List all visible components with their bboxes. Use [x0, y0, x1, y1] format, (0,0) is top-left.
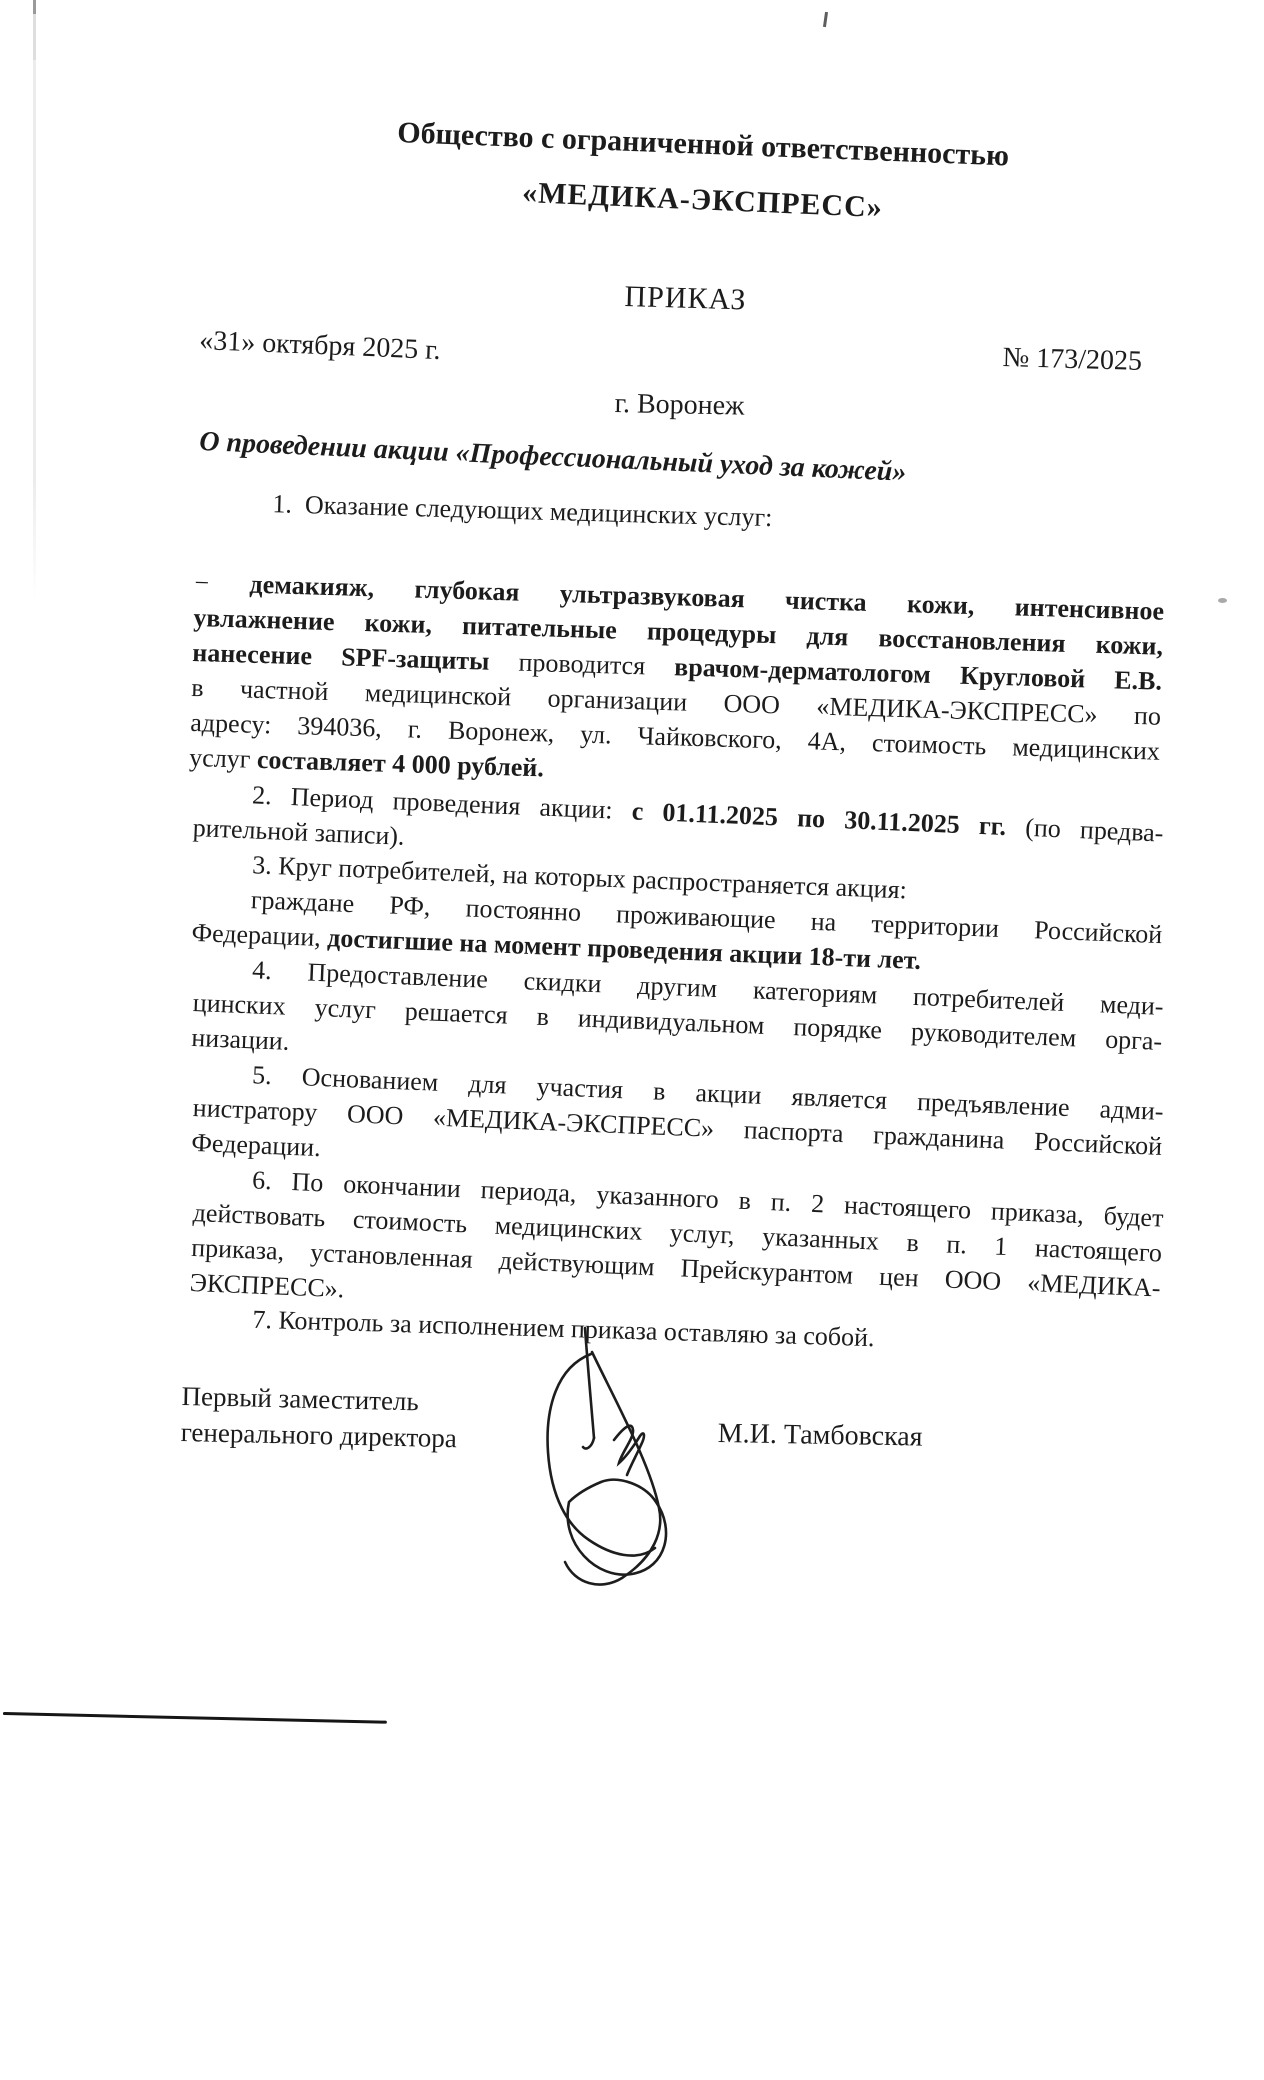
signer-position: Первый заместитель генерального директор… — [180, 1378, 458, 1456]
organization-name-line2: «МЕДИКА-ЭКСПРЕСС» — [522, 176, 884, 225]
body-paragraphs: 1. Оказание следующих медицинских услуг:… — [195, 484, 1165, 1335]
signature-stroke — [548, 1354, 655, 1556]
handwritten-signature — [505, 1312, 795, 1632]
text-segment: − — [194, 568, 250, 599]
scan-speck — [1218, 598, 1227, 603]
bottom-margin-line — [3, 1712, 387, 1724]
document-date: «31» октября 2025 г. — [199, 325, 442, 367]
document-subject: О проведении акции «Профессиональный ухо… — [199, 426, 907, 489]
document-type-title: ПРИКАЗ — [624, 280, 747, 317]
item-1-services: − демакияж, глубокая ультразвуковая чист… — [189, 565, 1165, 804]
text-segment: проводится — [518, 648, 675, 682]
bold-text-segment: составляет 4 000 рублей. — [257, 745, 545, 783]
organization-name-line1: Общество с ограниченной ответственностью — [397, 116, 1010, 173]
signature-stroke — [585, 1328, 594, 1438]
scanned-order-document: Общество с ограниченной ответственностью… — [0, 0, 1264, 2080]
scan-speck — [823, 12, 828, 27]
text-segment: (по предва- — [1006, 812, 1165, 848]
text-line: 1. Оказание следующих медицинских услуг: — [194, 484, 1165, 546]
text-segment: Федерации, — [191, 918, 328, 952]
signature-stroke — [614, 1426, 644, 1475]
signer-name: М.И. Тамбовская — [717, 1418, 922, 1454]
paper-edge-artifact — [33, 0, 36, 600]
text-segment: услуг — [189, 743, 258, 774]
document-number: № 173/2025 — [1002, 342, 1142, 378]
text-segment: 1. Оказание следующих медицинских услуг: — [272, 489, 773, 532]
item-1: 1. Оказание следующих медицинских услуг: — [194, 484, 1165, 546]
text-segment: Федерации. — [191, 1128, 321, 1162]
text-segment: ЭКСПРЕСС». — [189, 1268, 345, 1303]
document-city: г. Воронеж — [614, 388, 744, 423]
signer-position-line1: Первый заместитель — [181, 1378, 458, 1420]
signer-position-line2: генерального директора — [180, 1414, 457, 1456]
text-segment: низации. — [191, 1023, 290, 1056]
signature-stroke — [568, 1480, 666, 1575]
signature-stroke — [583, 1438, 594, 1449]
